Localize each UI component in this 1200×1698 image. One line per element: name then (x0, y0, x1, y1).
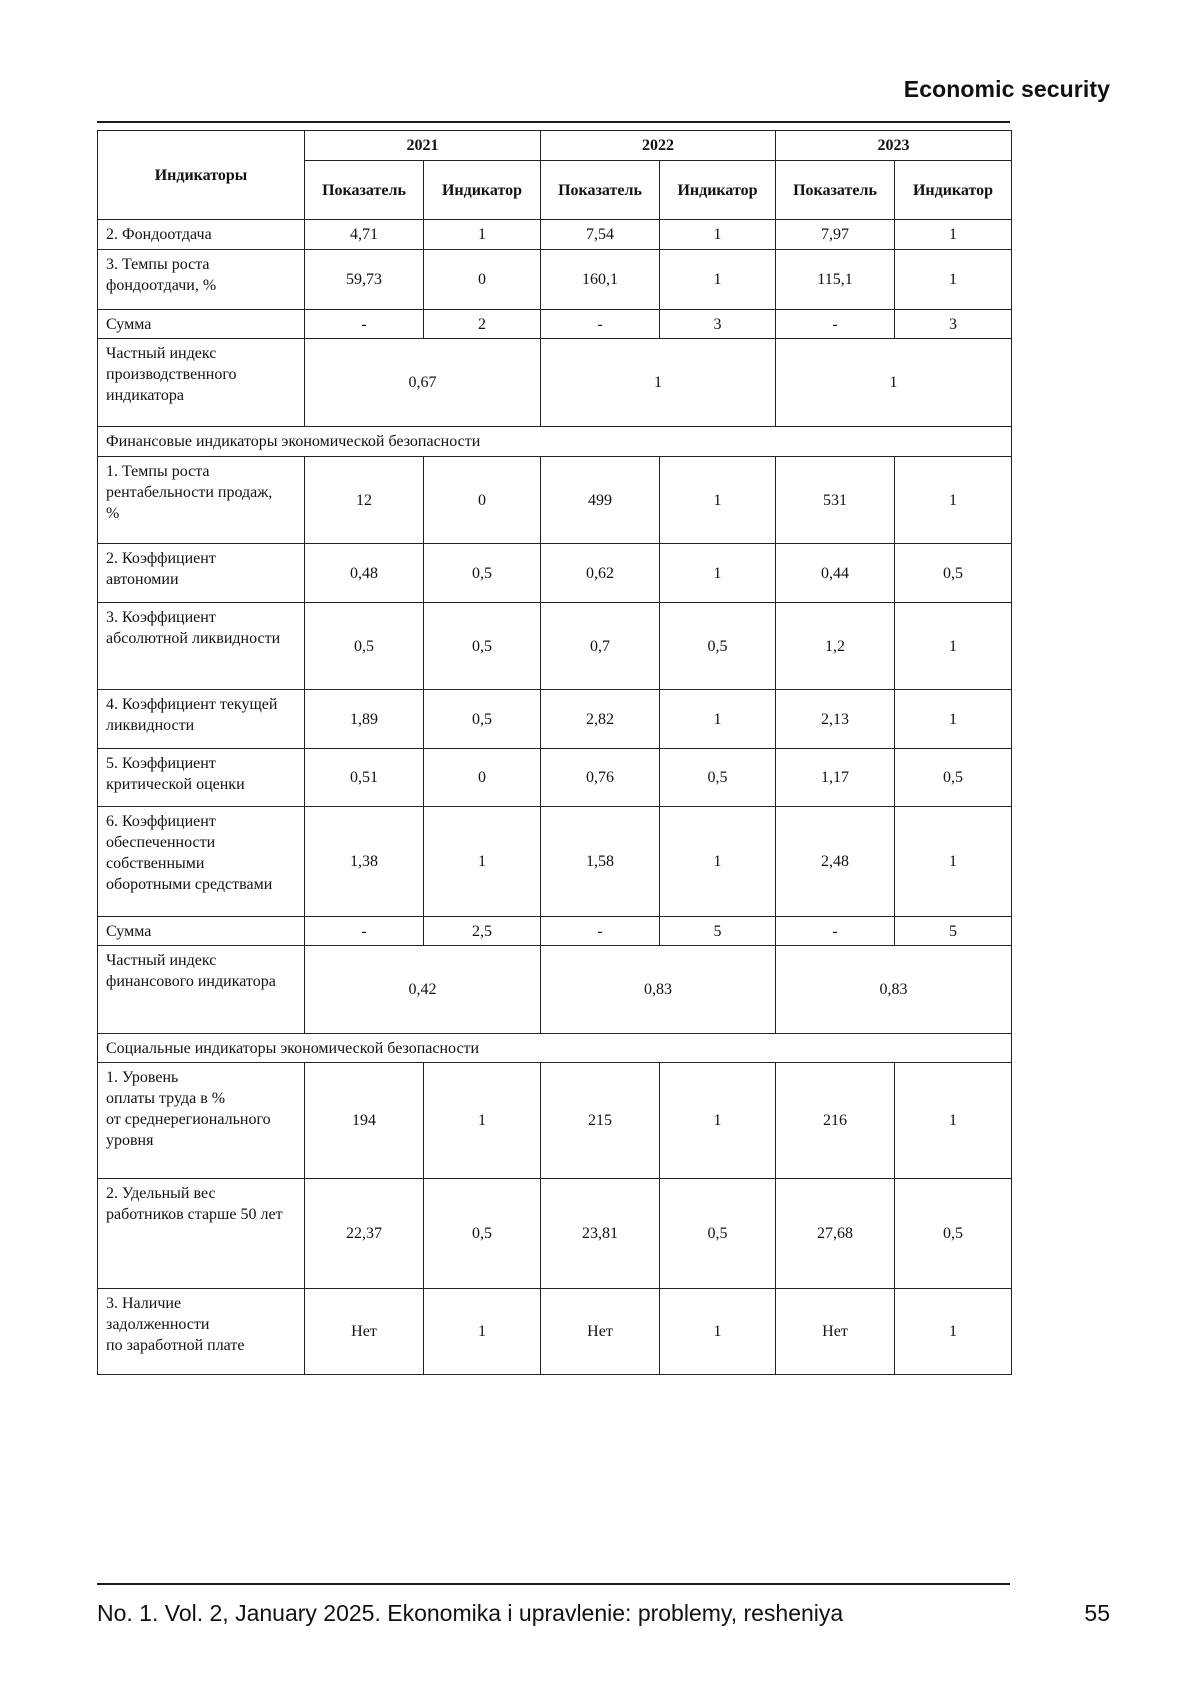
value-cell: 0,62 (541, 544, 660, 603)
value-cell: - (776, 917, 895, 946)
value-cell: 215 (541, 1063, 660, 1179)
row-label: Частный индексфинансового индикатора (98, 946, 305, 1034)
indicator-cell: 0 (424, 457, 541, 544)
value-cell: 160,1 (541, 250, 660, 310)
value-cell: 194 (305, 1063, 424, 1179)
running-head: Economic security (904, 76, 1110, 103)
indicator-cell: 1 (424, 220, 541, 250)
value-cell: - (776, 310, 895, 339)
indicator-cell: 1 (895, 1063, 1012, 1179)
indicator-cell: 0,5 (424, 1179, 541, 1289)
indicator-cell: 1 (895, 690, 1012, 749)
section-title: Финансовые индикаторы экономической безо… (98, 427, 1012, 457)
row-label: 3. Наличиезадолженностипо заработной пла… (98, 1289, 305, 1375)
indicator-cell: 0,5 (660, 749, 776, 807)
value-cell: 1,58 (541, 807, 660, 917)
year-header-row: Индикаторы 2021 2022 2023 (98, 131, 1012, 161)
corner-header: Индикаторы (98, 131, 305, 220)
table-row: 1. Уровеньоплаты труда в %от среднерегио… (98, 1063, 1012, 1179)
value-cell: 7,54 (541, 220, 660, 250)
header-rule (97, 121, 1010, 123)
row-label: Сумма (98, 917, 305, 946)
indicator-cell: 5 (895, 917, 1012, 946)
section-title: Социальные индикаторы экономической безо… (98, 1034, 1012, 1063)
index-value: 1 (541, 339, 776, 427)
value-cell: 1,17 (776, 749, 895, 807)
row-label: 3. Темпы ростафондоотдачи, % (98, 250, 305, 310)
indicator-cell: 1 (424, 807, 541, 917)
value-cell: 1,38 (305, 807, 424, 917)
value-cell: 22,37 (305, 1179, 424, 1289)
indicator-cell: 0,5 (424, 690, 541, 749)
indicator-cell: 0,5 (660, 603, 776, 690)
indicator-cell: 0,5 (424, 603, 541, 690)
value-cell: 0,76 (541, 749, 660, 807)
table-row: 3. Темпы ростафондоотдачи, %59,730160,11… (98, 250, 1012, 310)
value-cell: - (541, 310, 660, 339)
year-header: 2022 (541, 131, 776, 161)
table-row: Сумма-2-3-3 (98, 310, 1012, 339)
table-row: 5. Коэффициенткритической оценки0,5100,7… (98, 749, 1012, 807)
indicator-cell: 1 (660, 457, 776, 544)
value-cell: 216 (776, 1063, 895, 1179)
row-label: 1. Уровеньоплаты труда в %от среднерегио… (98, 1063, 305, 1179)
subheader-indicator: Индикатор (660, 161, 776, 220)
indicator-cell: 1 (660, 220, 776, 250)
indicator-cell: 1 (895, 603, 1012, 690)
value-cell: - (305, 917, 424, 946)
indicator-cell: 1 (660, 1289, 776, 1375)
index-value: 0,42 (305, 946, 541, 1034)
value-cell: Нет (541, 1289, 660, 1375)
index-value: 0,83 (541, 946, 776, 1034)
table-row: 4. Коэффициент текущейликвидности1,890,5… (98, 690, 1012, 749)
row-label: Сумма (98, 310, 305, 339)
indicator-cell: 1 (424, 1063, 541, 1179)
value-cell: - (305, 310, 424, 339)
indicator-cell: 3 (895, 310, 1012, 339)
value-cell: 2,48 (776, 807, 895, 917)
table-row: Сумма-2,5-5-5 (98, 917, 1012, 946)
indicator-cell: 1 (660, 807, 776, 917)
subheader-value: Показатель (776, 161, 895, 220)
row-label: 3. Коэффициентабсолютной ликвидности (98, 603, 305, 690)
value-cell: 0,5 (305, 603, 424, 690)
value-cell: 1,89 (305, 690, 424, 749)
table-row: 2. Коэффициентавтономии0,480,50,6210,440… (98, 544, 1012, 603)
value-cell: 4,71 (305, 220, 424, 250)
table-row: 3. Наличиезадолженностипо заработной пла… (98, 1289, 1012, 1375)
table-row: 2. Фондоотдача4,7117,5417,971 (98, 220, 1012, 250)
value-cell: 0,48 (305, 544, 424, 603)
footer-rule (97, 1583, 1010, 1585)
row-label: 4. Коэффициент текущейликвидности (98, 690, 305, 749)
section-row: Финансовые индикаторы экономической безо… (98, 427, 1012, 457)
table-row: 2. Удельный весработников старше 50 лет2… (98, 1179, 1012, 1289)
row-label: 6. Коэффициентобеспеченностисобственными… (98, 807, 305, 917)
indicator-cell: 1 (660, 544, 776, 603)
index-value: 0,67 (305, 339, 541, 427)
journal-citation: No. 1. Vol. 2, January 2025. Ekonomika i… (97, 1600, 843, 1627)
indicators-table: Индикаторы 2021 2022 2023 Показатель Инд… (97, 130, 1012, 1375)
indicator-cell: 1 (895, 807, 1012, 917)
row-label: 2. Удельный весработников старше 50 лет (98, 1179, 305, 1289)
value-cell: 0,51 (305, 749, 424, 807)
row-label: 2. Коэффициентавтономии (98, 544, 305, 603)
value-cell: 27,68 (776, 1179, 895, 1289)
value-cell: 1,2 (776, 603, 895, 690)
indicator-cell: 1 (660, 250, 776, 310)
indicator-cell: 1 (895, 250, 1012, 310)
page-number: 55 (1084, 1600, 1110, 1627)
section-row: Социальные индикаторы экономической безо… (98, 1034, 1012, 1063)
indicator-cell: 0 (424, 749, 541, 807)
value-cell: 59,73 (305, 250, 424, 310)
value-cell: - (541, 917, 660, 946)
value-cell: 12 (305, 457, 424, 544)
indicator-cell: 3 (660, 310, 776, 339)
row-label: 2. Фондоотдача (98, 220, 305, 250)
subheader-value: Показатель (541, 161, 660, 220)
subheader-value: Показатель (305, 161, 424, 220)
indicator-cell: 2,5 (424, 917, 541, 946)
row-label: 5. Коэффициенткритической оценки (98, 749, 305, 807)
indicator-cell: 1 (660, 1063, 776, 1179)
value-cell: 7,97 (776, 220, 895, 250)
indicator-cell: 0,5 (895, 749, 1012, 807)
value-cell: 23,81 (541, 1179, 660, 1289)
value-cell: Нет (305, 1289, 424, 1375)
value-cell: 2,13 (776, 690, 895, 749)
value-cell: 0,44 (776, 544, 895, 603)
value-cell: 499 (541, 457, 660, 544)
value-cell: Нет (776, 1289, 895, 1375)
indicator-cell: 0 (424, 250, 541, 310)
value-cell: 2,82 (541, 690, 660, 749)
subheader-indicator: Индикатор (424, 161, 541, 220)
indicator-cell: 1 (895, 220, 1012, 250)
table-row: 1. Темпы ростарентабельности продаж,%120… (98, 457, 1012, 544)
year-header: 2023 (776, 131, 1012, 161)
indicator-cell: 1 (424, 1289, 541, 1375)
value-cell: 115,1 (776, 250, 895, 310)
index-value: 1 (776, 339, 1012, 427)
indicator-cell: 0,5 (660, 1179, 776, 1289)
indicator-cell: 1 (895, 1289, 1012, 1375)
value-cell: 531 (776, 457, 895, 544)
indicator-cell: 0,5 (895, 1179, 1012, 1289)
index-row: Частный индекспроизводственногоиндикатор… (98, 339, 1012, 427)
indicator-cell: 2 (424, 310, 541, 339)
indicator-cell: 1 (660, 690, 776, 749)
value-cell: 0,7 (541, 603, 660, 690)
subheader-indicator: Индикатор (895, 161, 1012, 220)
indicator-cell: 1 (895, 457, 1012, 544)
row-label: 1. Темпы ростарентабельности продаж,% (98, 457, 305, 544)
index-row: Частный индексфинансового индикатора0,42… (98, 946, 1012, 1034)
year-header: 2021 (305, 131, 541, 161)
indicator-cell: 0,5 (895, 544, 1012, 603)
index-value: 0,83 (776, 946, 1012, 1034)
indicator-cell: 0,5 (424, 544, 541, 603)
row-label: Частный индекспроизводственногоиндикатор… (98, 339, 305, 427)
table-row: 6. Коэффициентобеспеченностисобственными… (98, 807, 1012, 917)
indicator-cell: 5 (660, 917, 776, 946)
table-row: 3. Коэффициентабсолютной ликвидности0,50… (98, 603, 1012, 690)
